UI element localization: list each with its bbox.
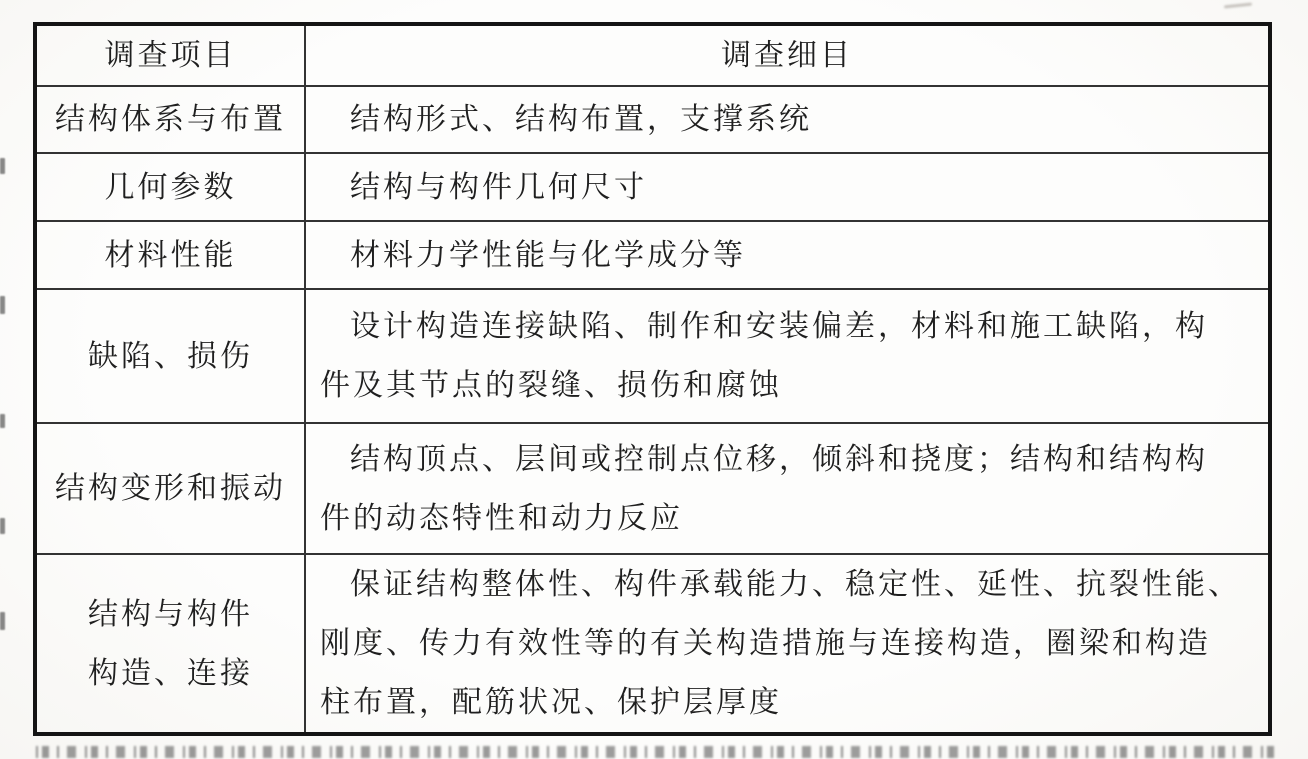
survey-detail-cell: 保证结构整体性、构件承载能力、稳定性、延性、抗裂性能、 刚度、传力有效性等的有关… xyxy=(305,554,1270,734)
survey-item-cell: 缺陷、损伤 xyxy=(35,289,305,423)
table-row: 材料性能 材料力学性能与化学成分等 xyxy=(35,221,1270,289)
scan-smudge-artifact xyxy=(1224,3,1252,9)
header-survey-item: 调查项目 xyxy=(35,24,305,86)
table-row: 结构体系与布置 结构形式、结构布置，支撑系统 xyxy=(35,86,1270,153)
survey-item-cell: 结构体系与布置 xyxy=(35,86,305,153)
page-edge-glyph-fragment xyxy=(0,518,5,534)
survey-detail-cell: 结构与构件几何尺寸 xyxy=(305,153,1270,221)
survey-detail-cell: 设计构造连接缺陷、制作和安装偏差，材料和施工缺陷，构 件及其节点的裂缝、损伤和腐… xyxy=(305,289,1270,423)
survey-detail-cell: 材料力学性能与化学成分等 xyxy=(305,221,1270,289)
survey-item-cell: 几何参数 xyxy=(35,153,305,221)
page-edge-glyph-fragment xyxy=(0,612,5,630)
survey-item-cell: 结构变形和振动 xyxy=(35,423,305,554)
document-page: 调查项目 调查细目 结构体系与布置 结构形式、结构布置，支撑系统 几何参数 结构… xyxy=(0,0,1308,759)
table-row: 结构变形和振动 结构顶点、层间或控制点位移，倾斜和挠度；结构和结构构 件的动态特… xyxy=(35,423,1270,554)
header-survey-detail: 调查细目 xyxy=(305,24,1270,86)
table-row: 几何参数 结构与构件几何尺寸 xyxy=(35,153,1270,221)
page-edge-glyph-fragment xyxy=(0,296,5,314)
survey-table: 调查项目 调查细目 结构体系与布置 结构形式、结构布置，支撑系统 几何参数 结构… xyxy=(33,22,1272,736)
table-header-row: 调查项目 调查细目 xyxy=(35,24,1270,86)
survey-detail-cell: 结构顶点、层间或控制点位移，倾斜和挠度；结构和结构构 件的动态特性和动力反应 xyxy=(305,423,1270,554)
page-edge-glyph-fragment xyxy=(0,158,5,174)
survey-item-cell: 材料性能 xyxy=(35,221,305,289)
page-edge-glyph-fragment xyxy=(0,414,5,428)
survey-item-cell: 结构与构件 构造、连接 xyxy=(35,554,305,734)
table-row: 缺陷、损伤 设计构造连接缺陷、制作和安装偏差，材料和施工缺陷，构 件及其节点的裂… xyxy=(35,289,1270,423)
cutoff-text-scan-artifact xyxy=(36,746,1280,758)
survey-detail-cell: 结构形式、结构布置，支撑系统 xyxy=(305,86,1270,153)
table-row: 结构与构件 构造、连接 保证结构整体性、构件承载能力、稳定性、延性、抗裂性能、 … xyxy=(35,554,1270,734)
